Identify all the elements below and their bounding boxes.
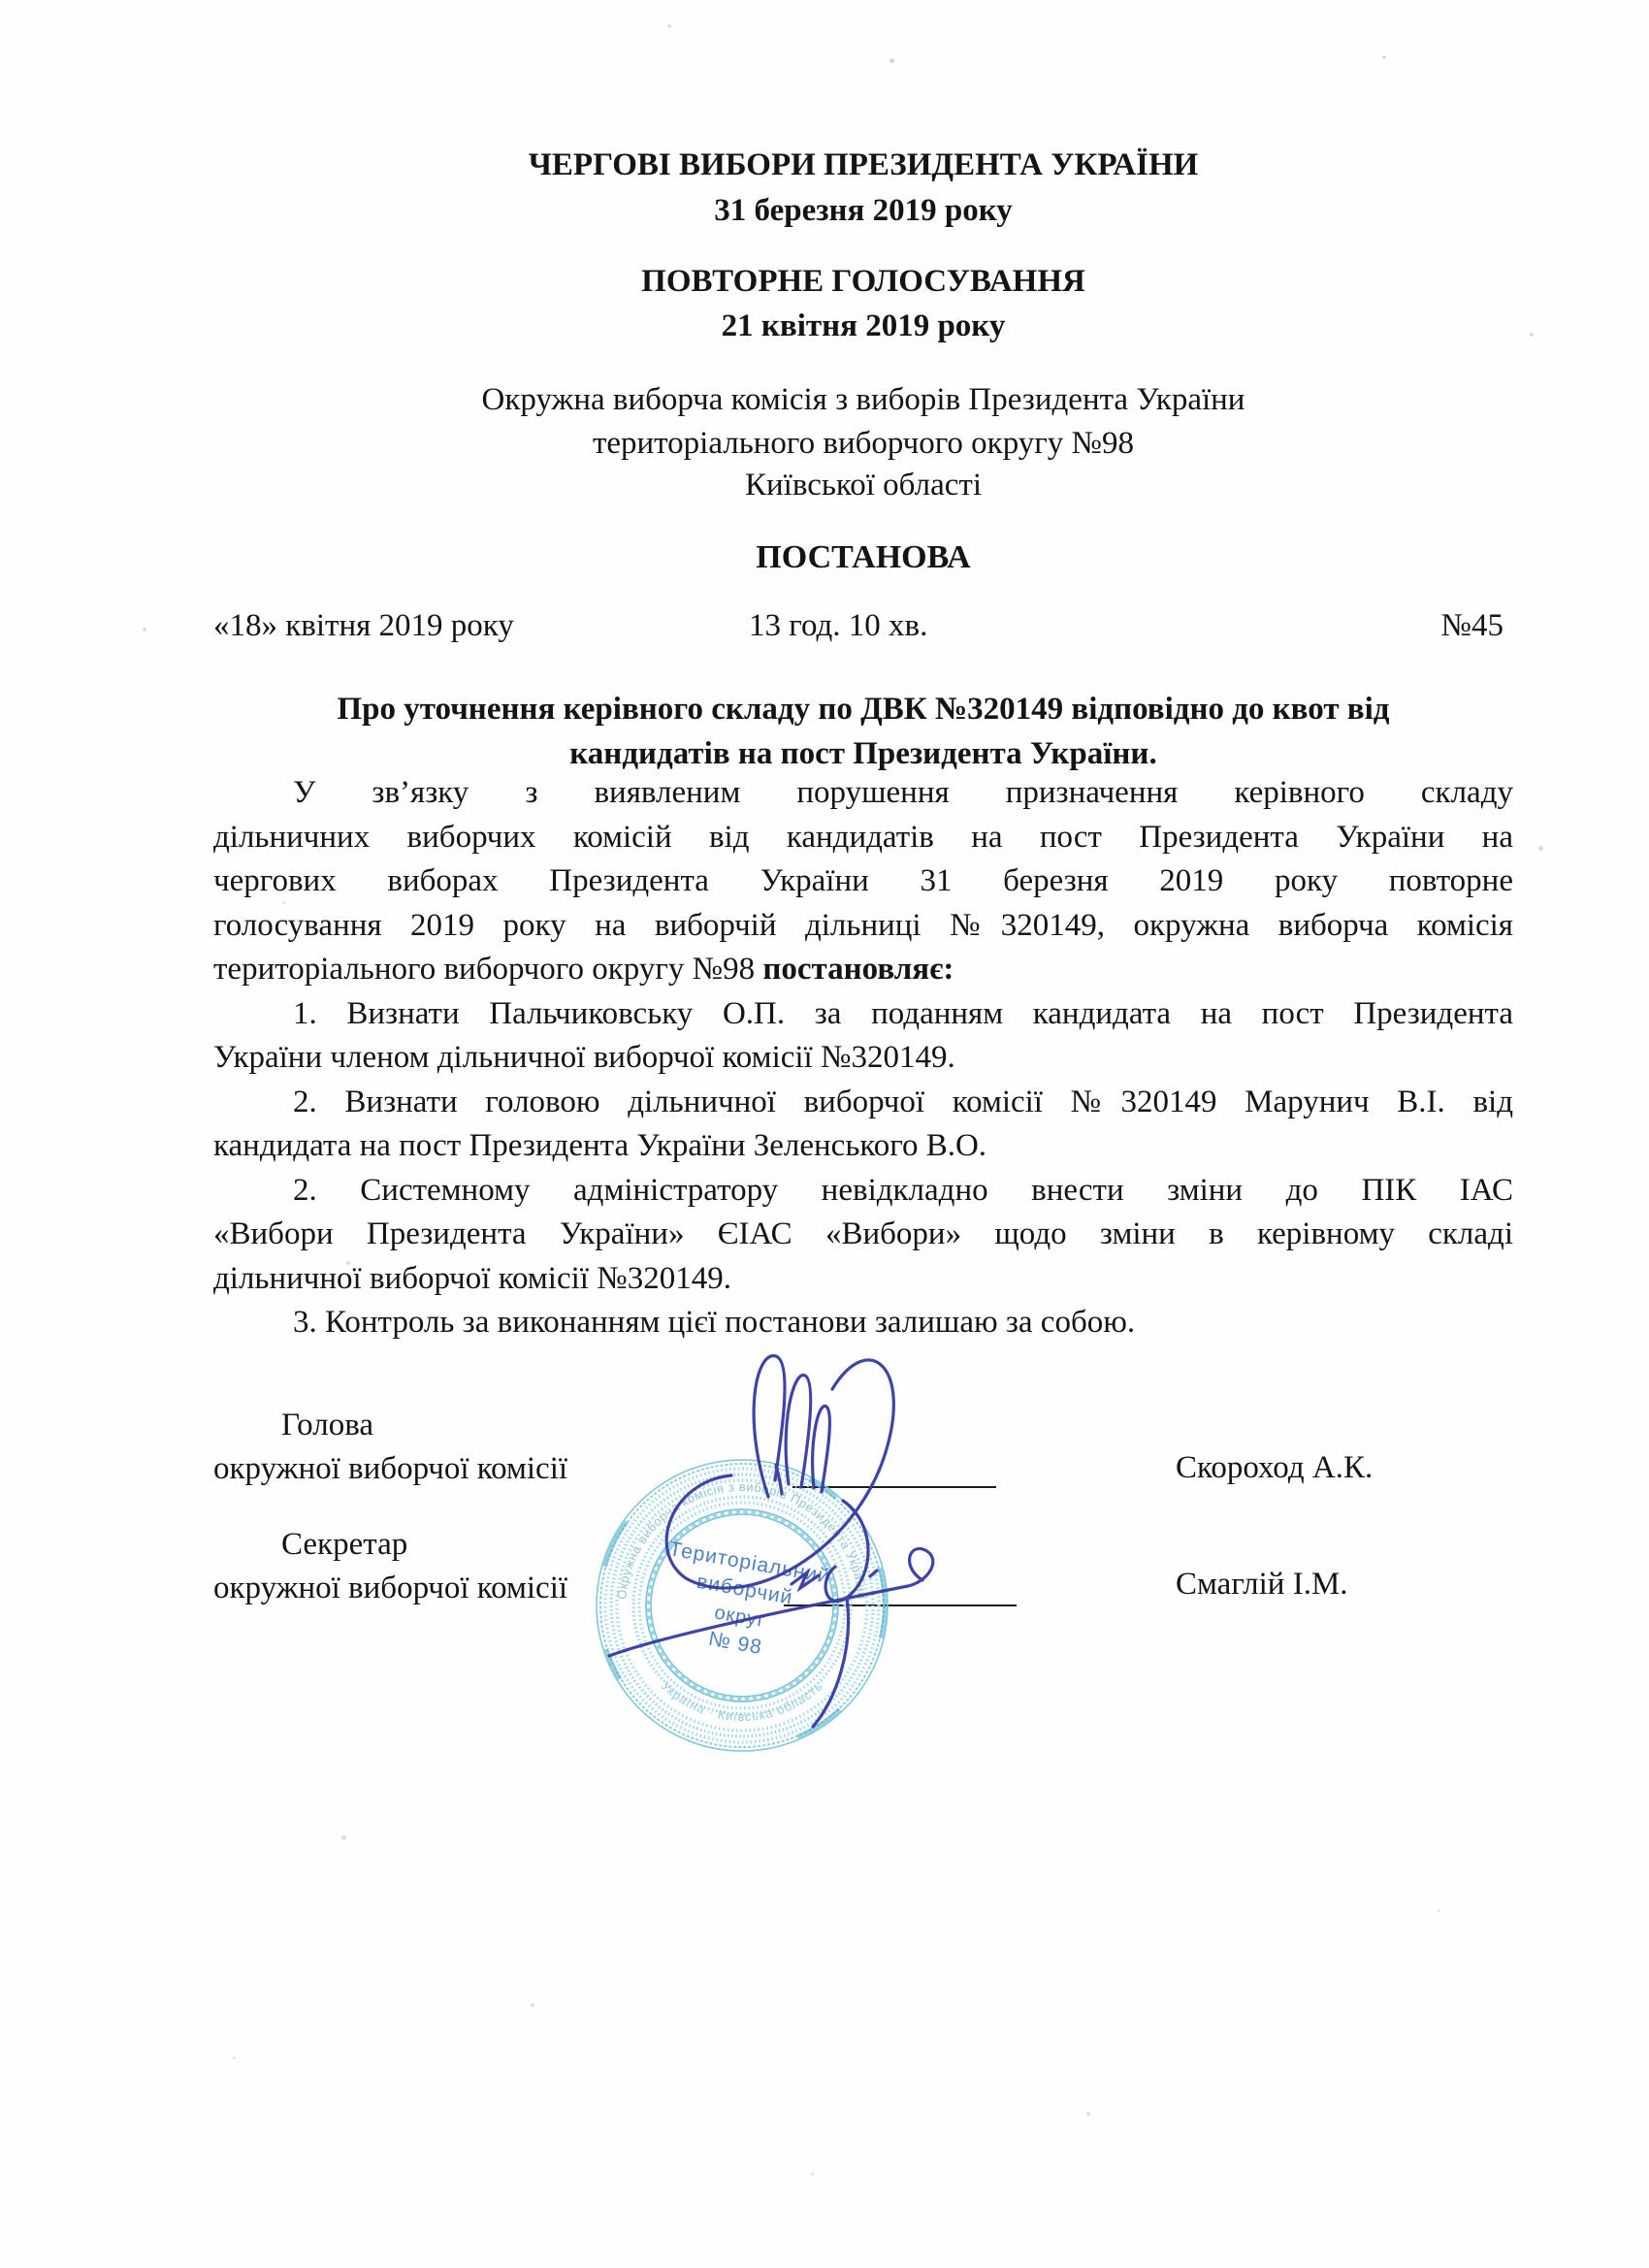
paragraph-line: чергових виборах Президента України 31 б… xyxy=(213,859,1513,904)
scan-speck xyxy=(667,24,671,28)
paragraph-line: дільничних виборчих комісій від кандидат… xyxy=(213,816,1513,860)
item-3-line: «Вибори Президента України» ЄІАС «Вибори… xyxy=(213,1213,1513,1257)
item-3-line: 2. Системному адміністратору невідкладно… xyxy=(213,1169,1513,1214)
scan-speck xyxy=(1538,846,1543,851)
head-name: Скороход А.К. xyxy=(1176,1450,1373,1486)
scan-speck xyxy=(889,58,894,63)
doc-type-title: ПОСТАНОВА xyxy=(213,539,1513,576)
election-date: 31 березня 2019 року xyxy=(213,193,1513,229)
election-title: ЧЕРГОВІ ВИБОРИ ПРЕЗИДЕНТА УКРАЇНИ xyxy=(213,147,1513,183)
scan-speck xyxy=(1530,333,1534,337)
paragraph-line: У зв’язку з виявленим порушення призначе… xyxy=(213,771,1513,816)
scan-speck xyxy=(1382,55,1386,59)
item-2-line: 2. Визнати головою дільничної виборчої к… xyxy=(213,1081,1513,1125)
document-page: ЧЕРГОВІ ВИБОРИ ПРЕЗИДЕНТА УКРАЇНИ 31 бер… xyxy=(0,0,1649,2268)
signature-ink xyxy=(524,1300,1086,1746)
revote-date: 21 квітня 2019 року xyxy=(213,308,1513,344)
doc-date: «18» квітня 2019 року xyxy=(213,608,514,644)
doc-number: №45 xyxy=(1441,608,1504,644)
subject-heading: Про уточнення керівного складу по ДВК №3… xyxy=(213,687,1513,776)
revote-title: ПОВТОРНЕ ГОЛОСУВАННЯ xyxy=(213,264,1513,300)
scan-speck xyxy=(531,2003,534,2007)
paragraph-line: територіального виборчого округу №98 пос… xyxy=(213,948,1513,992)
org-line-1: Окружна виборча комісія з виборів Презид… xyxy=(213,382,1513,418)
item-2-line: кандидата на пост Президента України Зел… xyxy=(213,1124,1513,1169)
org-line-2: територіального виборчого округу №98 xyxy=(213,426,1513,462)
subject-line-1: Про уточнення керівного складу по ДВК №3… xyxy=(213,687,1513,731)
paragraph-line-bold: постановляє: xyxy=(762,952,954,987)
paragraph-line-plain: територіального виборчого округу №98 xyxy=(213,952,762,987)
org-line-3: Київської області xyxy=(213,468,1513,503)
subject-line-2: кандидатів на пост Президента України. xyxy=(213,731,1513,776)
scan-speck xyxy=(233,2057,236,2059)
scan-speck xyxy=(341,1835,346,1840)
scan-speck xyxy=(143,628,146,632)
secretary-role-line-1: Секретар xyxy=(281,1527,407,1563)
scan-speck xyxy=(1086,2112,1090,2116)
scan-speck xyxy=(811,2173,814,2176)
item-1-line: України членом дільничної виборчої коміс… xyxy=(213,1036,1513,1081)
scan-speck xyxy=(346,1261,350,1265)
secretary-name: Смаглій І.М. xyxy=(1176,1567,1348,1603)
item-3-line: дільничної виборчої комісії №320149. xyxy=(213,1257,1513,1302)
paragraph-line: голосування 2019 року на виборчій дільни… xyxy=(213,904,1513,949)
item-1-line: 1. Визнати Пальчиковську О.П. за подання… xyxy=(213,992,1513,1037)
head-role-line-2: окружної виборчої комісії xyxy=(213,1451,567,1487)
doc-time: 13 год. 10 хв. xyxy=(749,608,927,644)
scan-speck xyxy=(282,901,285,904)
body-text: У зв’язку з виявленим порушення призначе… xyxy=(213,771,1513,1345)
head-role-line-1: Голова xyxy=(281,1408,373,1443)
scan-speck xyxy=(1438,1909,1440,1912)
secretary-role-line-2: окружної виборчої комісії xyxy=(213,1571,567,1606)
meta-row: «18» квітня 2019 року 13 год. 10 хв. №45 xyxy=(213,608,1513,652)
